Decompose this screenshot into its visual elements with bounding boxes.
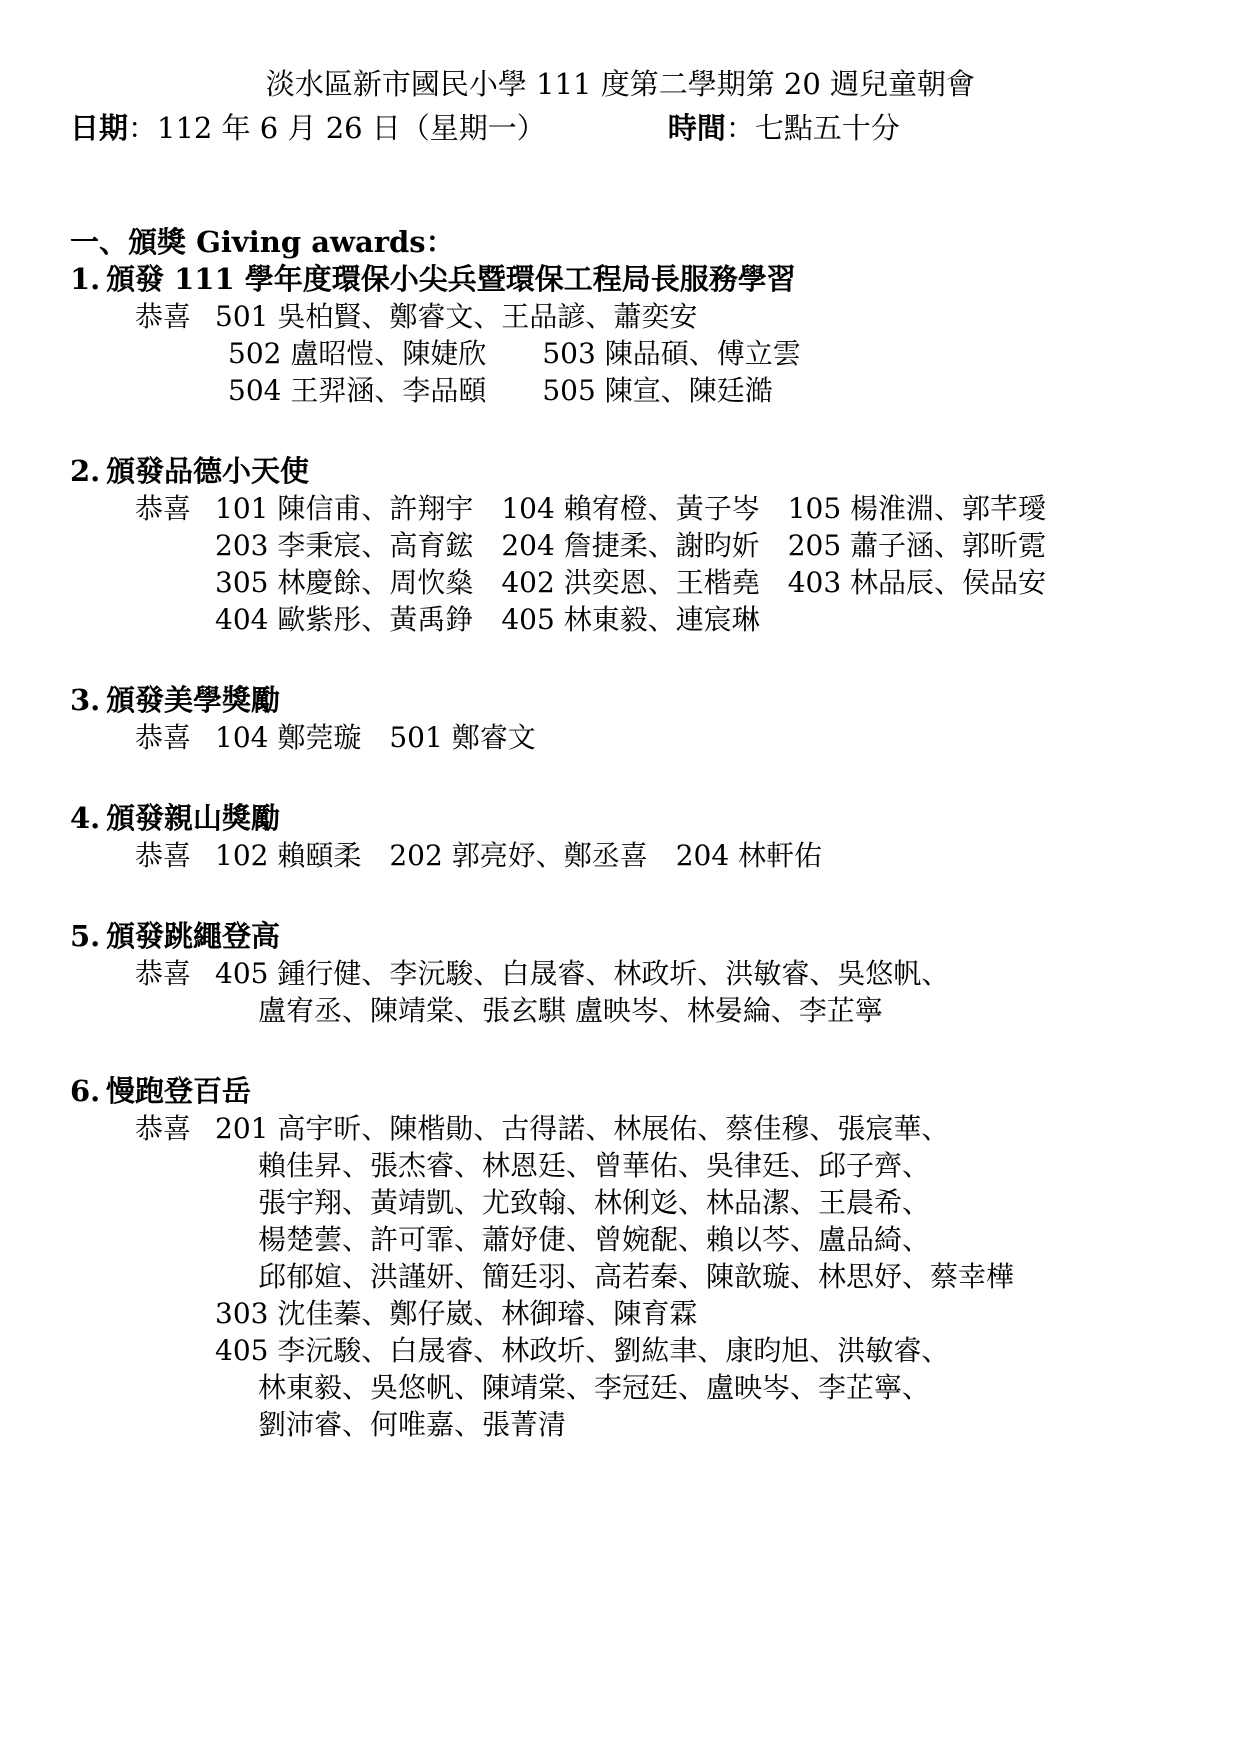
award-line-text: 201 高宇昕、陳楷勛、古得諾、林展佑、蔡佳穆、張宸華、 xyxy=(215,1112,949,1145)
award-item-5: 5.頒發跳繩登高 恭喜405 鍾行健、李沅駿、白晟睿、林政圻、洪敏睿、吳悠帆、 … xyxy=(70,918,1171,1029)
award-title: 頒發品德小天使 xyxy=(106,454,309,488)
award-line-text: 邱郁媗、洪謹妍、簡廷羽、高若秦、陳歆璇、林思妤、蔡幸樺 xyxy=(258,1260,1014,1293)
time-value: ：七點五十分 xyxy=(726,111,900,145)
award-line: 楊楚蕓、許可霏、蕭妤倢、曾婉馜、賴以芩、盧品綺、 xyxy=(70,1221,1171,1258)
congrats-label: 恭喜 xyxy=(135,298,215,335)
award-number: 4. xyxy=(70,800,106,837)
congrats-label: 恭喜 xyxy=(135,837,215,874)
award-item-2: 2.頒發品德小天使 恭喜101 陳信甫、許翔宇 104 賴宥橙、黃子岑 105 … xyxy=(70,453,1171,638)
document-title: 淡水區新市國民小學 111 度第二學期第 20 週兒童朝會 xyxy=(70,66,1171,103)
time-label: 時間 xyxy=(668,111,726,145)
award-title: 慢跑登百岳 xyxy=(106,1074,251,1108)
congrats-label: 恭喜 xyxy=(135,490,215,527)
award-line: 305 林慶餘、周忺燊 402 洪奕恩、王楷堯 403 林品辰、侯品安 xyxy=(70,564,1171,601)
document-page: 淡水區新市國民小學 111 度第二學期第 20 週兒童朝會 日期：112 年 6… xyxy=(0,0,1241,1754)
award-line: 邱郁媗、洪謹妍、簡廷羽、高若秦、陳歆璇、林思妤、蔡幸樺 xyxy=(70,1258,1171,1295)
award-heading: 1.頒發 111 學年度環保小尖兵暨環保工程局長服務學習 xyxy=(70,261,1171,298)
meta-row: 日期：112 年 6 月 26 日（星期一）時間：七點五十分 xyxy=(70,110,1171,184)
award-line: 303 沈佳蓁、鄭仔崴、林御璿、陳育霖 xyxy=(70,1295,1171,1332)
award-line: 恭喜101 陳信甫、許翔宇 104 賴宥橙、黃子岑 105 楊淮淵、郭芊璦 xyxy=(70,490,1171,527)
award-item-6: 6.慢跑登百岳 恭喜201 高宇昕、陳楷勛、古得諾、林展佑、蔡佳穆、張宸華、 賴… xyxy=(70,1073,1171,1443)
award-number: 3. xyxy=(70,682,106,719)
award-line-text: 504 王羿涵、李品頤 505 陳宣、陳廷澔 xyxy=(228,374,773,407)
award-heading: 5.頒發跳繩登高 xyxy=(70,918,1171,955)
award-line: 405 李沅駿、白晟睿、林政圻、劉紘聿、康昀旭、洪敏睿、 xyxy=(70,1332,1171,1369)
award-heading: 4.頒發親山獎勵 xyxy=(70,800,1171,837)
award-line-text: 405 鍾行健、李沅駿、白晟睿、林政圻、洪敏睿、吳悠帆、 xyxy=(215,957,949,990)
award-line-text: 303 沈佳蓁、鄭仔崴、林御璿、陳育霖 xyxy=(215,1297,697,1330)
award-line-text: 405 李沅駿、白晟睿、林政圻、劉紘聿、康昀旭、洪敏睿、 xyxy=(215,1334,949,1367)
award-line: 恭喜501 吳柏賢、鄭睿文、王品諺、蕭奕安 xyxy=(70,298,1171,335)
date-value: ：112 年 6 月 26 日（星期一） xyxy=(128,111,546,145)
award-line-text: 102 賴頤柔 202 郭亮妤、鄭丞喜 204 林軒佑 xyxy=(215,839,822,872)
time-group: 時間：七點五十分 xyxy=(668,111,900,145)
award-title: 頒發 111 學年度環保小尖兵暨環保工程局長服務學習 xyxy=(106,262,796,296)
award-line: 恭喜201 高宇昕、陳楷勛、古得諾、林展佑、蔡佳穆、張宸華、 xyxy=(70,1110,1171,1147)
award-heading: 3.頒發美學獎勵 xyxy=(70,682,1171,719)
award-line-text: 張宇翔、黃靖凱、尤致翰、林俐彣、林品潔、王晨希、 xyxy=(258,1186,930,1219)
congrats-label: 恭喜 xyxy=(135,719,215,756)
award-line-text: 楊楚蕓、許可霏、蕭妤倢、曾婉馜、賴以芩、盧品綺、 xyxy=(258,1223,930,1256)
award-line-text: 501 吳柏賢、鄭睿文、王品諺、蕭奕安 xyxy=(215,300,697,333)
award-line: 盧宥丞、陳靖棠、張玄騏 盧映岑、林晏綸、李芷寧 xyxy=(70,992,1171,1029)
congrats-label: 恭喜 xyxy=(135,955,215,992)
award-item-4: 4.頒發親山獎勵 恭喜102 賴頤柔 202 郭亮妤、鄭丞喜 204 林軒佑 xyxy=(70,800,1171,874)
award-line: 劉沛睿、何唯嘉、張菁清 xyxy=(70,1406,1171,1443)
award-line: 恭喜102 賴頤柔 202 郭亮妤、鄭丞喜 204 林軒佑 xyxy=(70,837,1171,874)
award-line-text: 101 陳信甫、許翔宇 104 賴宥橙、黃子岑 105 楊淮淵、郭芊璦 xyxy=(215,492,1046,525)
award-line: 504 王羿涵、李品頤 505 陳宣、陳廷澔 xyxy=(70,372,1171,409)
award-line: 賴佳昇、張杰睿、林恩廷、曾華佑、吳律廷、邱子齊、 xyxy=(70,1147,1171,1184)
award-line-text: 203 李秉宸、高育鋐 204 詹捷柔、謝昀妡 205 蕭子涵、郭昕霓 xyxy=(215,529,1046,562)
award-item-1: 1.頒發 111 學年度環保小尖兵暨環保工程局長服務學習 恭喜501 吳柏賢、鄭… xyxy=(70,261,1171,409)
award-line-text: 林東毅、吳悠帆、陳靖棠、李冠廷、盧映岑、李芷寧、 xyxy=(258,1371,930,1404)
award-line: 林東毅、吳悠帆、陳靖棠、李冠廷、盧映岑、李芷寧、 xyxy=(70,1369,1171,1406)
award-item-3: 3.頒發美學獎勵 恭喜104 鄭莞璇 501 鄭睿文 xyxy=(70,682,1171,756)
award-title: 頒發美學獎勵 xyxy=(106,683,280,717)
award-line-text: 104 鄭莞璇 501 鄭睿文 xyxy=(215,721,536,754)
date-label: 日期 xyxy=(70,111,128,145)
award-heading: 6.慢跑登百岳 xyxy=(70,1073,1171,1110)
award-line-text: 劉沛睿、何唯嘉、張菁清 xyxy=(258,1408,566,1441)
award-line: 404 歐紫彤、黃禹錚 405 林東毅、連宸琳 xyxy=(70,601,1171,638)
award-line: 502 盧昭愷、陳婕欣 503 陳品碩、傅立雲 xyxy=(70,335,1171,372)
award-heading: 2.頒發品德小天使 xyxy=(70,453,1171,490)
award-title: 頒發跳繩登高 xyxy=(106,919,280,953)
section-heading: 一、頒獎 Giving awards： xyxy=(70,224,1171,261)
award-number: 1. xyxy=(70,261,106,298)
award-number: 6. xyxy=(70,1073,106,1110)
award-number: 5. xyxy=(70,918,106,955)
award-title: 頒發親山獎勵 xyxy=(106,801,280,835)
award-line-text: 盧宥丞、陳靖棠、張玄騏 盧映岑、林晏綸、李芷寧 xyxy=(258,994,883,1027)
award-line-text: 502 盧昭愷、陳婕欣 503 陳品碩、傅立雲 xyxy=(228,337,801,370)
award-line: 恭喜405 鍾行健、李沅駿、白晟睿、林政圻、洪敏睿、吳悠帆、 xyxy=(70,955,1171,992)
award-line: 張宇翔、黃靖凱、尤致翰、林俐彣、林品潔、王晨希、 xyxy=(70,1184,1171,1221)
congrats-label: 恭喜 xyxy=(135,1110,215,1147)
award-line-text: 305 林慶餘、周忺燊 402 洪奕恩、王楷堯 403 林品辰、侯品安 xyxy=(215,566,1046,599)
award-line-text: 404 歐紫彤、黃禹錚 405 林東毅、連宸琳 xyxy=(215,603,760,636)
award-line: 恭喜104 鄭莞璇 501 鄭睿文 xyxy=(70,719,1171,756)
award-line: 203 李秉宸、高育鋐 204 詹捷柔、謝昀妡 205 蕭子涵、郭昕霓 xyxy=(70,527,1171,564)
award-number: 2. xyxy=(70,453,106,490)
award-line-text: 賴佳昇、張杰睿、林恩廷、曾華佑、吳律廷、邱子齊、 xyxy=(258,1149,930,1182)
